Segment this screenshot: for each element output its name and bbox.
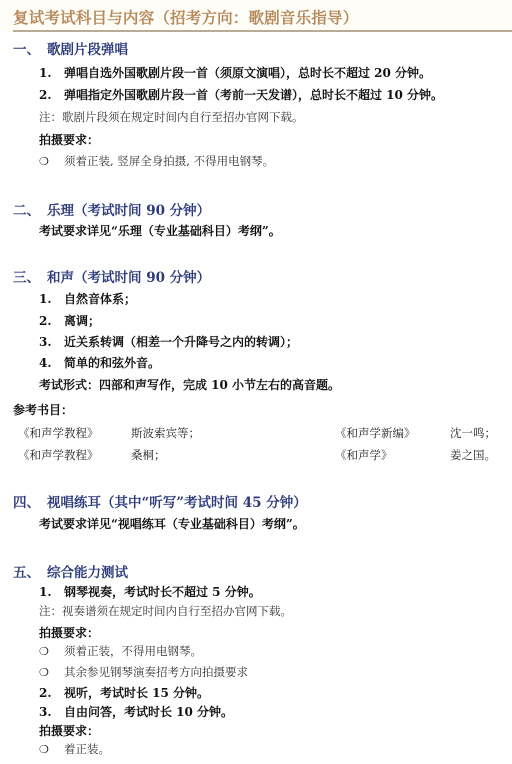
section-1-heading: 一、歌剧片段弹唱: [13, 38, 128, 58]
ref-book-4: 《和声学》: [335, 447, 393, 463]
section-1-item-1: 1.弹唱自选外国歌剧片段一首（须原文演唱），总时长不超过 20 分钟。: [39, 64, 431, 81]
title-divider: [13, 30, 512, 32]
section-2-body: 考试要求详见“乐理（专业基础科目）考纲”。: [39, 222, 281, 239]
section-3-heading: 三、和声（考试时间 90 分钟）: [13, 266, 210, 286]
ref-book-1: 《和声学教程》: [18, 425, 99, 441]
section-5-photo-label-2: 拍摄要求：: [39, 722, 99, 739]
ref-book-2: 《和声学新编》: [335, 425, 416, 441]
section-5-item-2: 2.视听，考试时长 15 分钟。: [39, 684, 209, 701]
section-4-heading: 四、视唱练耳（其中“听写”考试时间 45 分钟）: [13, 491, 307, 511]
section-5-bullet-2: ❍其余参见钢琴演奏招考方向拍摄要求: [39, 664, 248, 680]
page-title: 复试考试科目与内容（招考方向：歌剧音乐指导）: [13, 6, 358, 28]
ref-author-3: 桑桐；: [131, 447, 166, 463]
section-3-ref-label: 参考书目：: [13, 401, 73, 418]
section-3-item-3: 3.近关系转调（相差一个升降号之内的转调）；: [39, 333, 298, 350]
section-1-bullet: ❍须着正装, 竖屏全身拍摄, 不得用电钢琴。: [39, 153, 274, 169]
section-5-heading: 五、综合能力测试: [13, 561, 128, 581]
section-2-heading: 二、乐理（考试时间 90 分钟）: [13, 199, 210, 219]
section-3-item-1: 1.自然音体系；: [39, 290, 136, 307]
section-5-item-1: 1.钢琴视奏，考试时长不超过 5 分钟。: [39, 583, 261, 600]
ref-book-3: 《和声学教程》: [18, 447, 99, 463]
section-1-item-2: 2.弹唱指定外国歌剧片段一首（考前一天发谱），总时长不超过 10 分钟。: [39, 86, 443, 103]
ref-author-2: 沈一鸣；: [450, 425, 496, 441]
section-5-bullet-3: ❍着正装。: [39, 741, 110, 757]
circle-bullet-icon: ❍: [39, 666, 64, 679]
section-3-exam-form: 考试形式：四部和声写作，完成 10 小节左右的高音题。: [39, 376, 340, 393]
circle-bullet-icon: ❍: [39, 645, 64, 658]
section-4-body: 考试要求详见“视唱练耳（专业基础科目）考纲”。: [39, 515, 305, 532]
circle-bullet-icon: ❍: [39, 155, 64, 168]
section-3-item-2: 2.离调；: [39, 312, 100, 329]
section-5-bullet-1: ❍须着正装，不得用电钢琴。: [39, 643, 202, 659]
section-1-photo-label: 拍摄要求：: [39, 131, 99, 148]
section-1-note: 注：歌剧片段须在规定时间内自行至招办官网下载。: [39, 109, 304, 125]
section-5-photo-label: 拍摄要求：: [39, 624, 99, 641]
section-5-note: 注：视奏谱须在规定时间内自行至招办官网下载。: [39, 603, 292, 619]
section-5-item-3: 3.自由问答，考试时长 10 分钟。: [39, 703, 233, 720]
section-3-item-4: 4.简单的和弦外音。: [39, 354, 160, 371]
ref-author-1: 斯波索宾等；: [131, 425, 200, 441]
ref-author-4: 姜之国。: [450, 447, 496, 463]
circle-bullet-icon: ❍: [39, 743, 64, 756]
